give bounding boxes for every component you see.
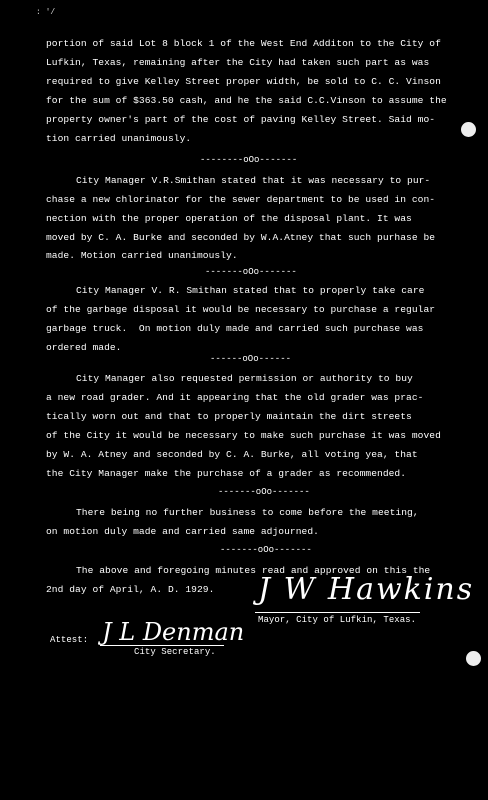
text-line: tion carried unanimously. [46, 133, 191, 145]
section-separator: -------oOo------- [220, 545, 312, 555]
text-line: City Manager also requested permission o… [76, 373, 413, 385]
attest-label: Attest: [50, 634, 88, 646]
text-line: City Manager V.R.Smithan stated that it … [76, 175, 430, 187]
text-line: for the sum of $363.50 cash, and he the … [46, 95, 447, 107]
text-line: required to give Kelley Street proper wi… [46, 76, 441, 88]
text-line: property owner's part of the cost of pav… [46, 114, 435, 126]
section-separator: -------oOo------- [205, 267, 297, 277]
text-line: the City Manager make the purchase of a … [46, 468, 406, 480]
text-line: ordered made. [46, 342, 122, 354]
mayor-signature: J W Hawkins [258, 572, 474, 607]
text-line: on motion duly made and carried same adj… [46, 526, 319, 538]
text-line: moved by C. A. Burke and seconded by W.A… [46, 232, 435, 244]
text-line: tically worn out and that to properly ma… [46, 411, 412, 423]
corner-mark: : '/ [36, 8, 55, 17]
text-line: made. Motion carried unanimously. [46, 250, 238, 262]
text-line: of the City it would be necessary to mak… [46, 430, 441, 442]
section-separator: -------oOo------- [218, 487, 310, 497]
document-page: : '/ portion of said Lot 8 block 1 of th… [0, 0, 488, 800]
secretary-title: City Secretary. [134, 646, 216, 658]
punch-hole-mark [461, 122, 476, 137]
text-line: chase a new chlorinator for the sewer de… [46, 194, 435, 206]
text-line: by W. A. Atney and seconded by C. A. Bur… [46, 449, 418, 461]
section-separator: --------oOo------- [200, 155, 297, 165]
punch-hole-mark [466, 651, 481, 666]
secretary-signature: J L Denman [102, 618, 244, 646]
section-separator: ------oOo------ [210, 354, 291, 364]
mayor-signature-line [255, 612, 420, 613]
text-line: a new road grader. And it appearing that… [46, 392, 423, 404]
mayor-title: Mayor, City of Lufkin, Texas. [258, 614, 416, 626]
text-line: portion of said Lot 8 block 1 of the Wes… [46, 38, 441, 50]
text-line: Lufkin, Texas, remaining after the City … [46, 57, 429, 69]
text-line: garbage truck. On motion duly made and c… [46, 323, 423, 335]
text-line: City Manager V. R. Smithan stated that t… [76, 285, 424, 297]
text-line: 2nd day of April, A. D. 1929. [46, 584, 214, 596]
text-line: of the garbage disposal it would be nece… [46, 304, 435, 316]
text-line: nection with the proper operation of the… [46, 213, 412, 225]
text-line: There being no further business to come … [76, 507, 419, 519]
